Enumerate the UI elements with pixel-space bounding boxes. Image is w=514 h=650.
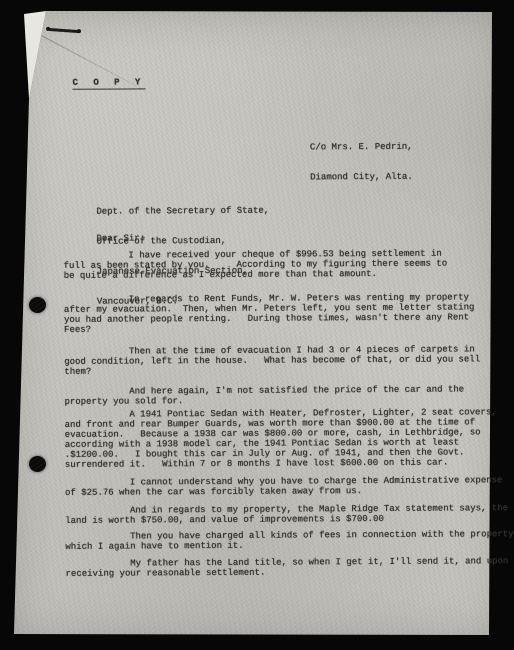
letter-paragraph: I have received your cheque of $996.53 b… <box>64 248 496 281</box>
letter-content: C O P Y C/o Mrs. E. Pedrin, Diamond City… <box>0 0 514 650</box>
sender-address-line: C/o Mrs. E. Pedrin, <box>310 142 413 153</box>
salutation: Dear Sir: <box>96 233 145 243</box>
letter-paragraph: A 1941 Pontiac Sedan with Heater, Defros… <box>65 407 497 470</box>
letter-paragraph: In regards to Rent Funds, Mr. W. Peters … <box>64 292 496 335</box>
copy-stamp: C O P Y <box>72 77 145 89</box>
letter-paragraph: And in regards to my property, the Maple… <box>65 503 497 526</box>
sender-address: C/o Mrs. E. Pedrin, Diamond City, Alta. <box>310 122 413 203</box>
sender-address-line: Diamond City, Alta. <box>310 172 413 183</box>
recipient-address-line: Dept. of the Secretary of State, <box>96 206 269 217</box>
letter-paragraph: Then you have charged all kinds of fees … <box>65 529 497 552</box>
letter-paragraph: And here again, I'm not satisfied the pr… <box>64 384 496 407</box>
letter-body: I have received your cheque of $996.53 b… <box>64 248 498 579</box>
letter-paragraph: My father has the Land title, so when I … <box>65 556 497 579</box>
letter-paragraph: Then at the time of evacuation I had 3 o… <box>64 344 496 377</box>
scanned-letter-page: C O P Y C/o Mrs. E. Pedrin, Diamond City… <box>0 0 514 650</box>
letter-paragraph: I cannot understand why you have to char… <box>65 475 497 498</box>
